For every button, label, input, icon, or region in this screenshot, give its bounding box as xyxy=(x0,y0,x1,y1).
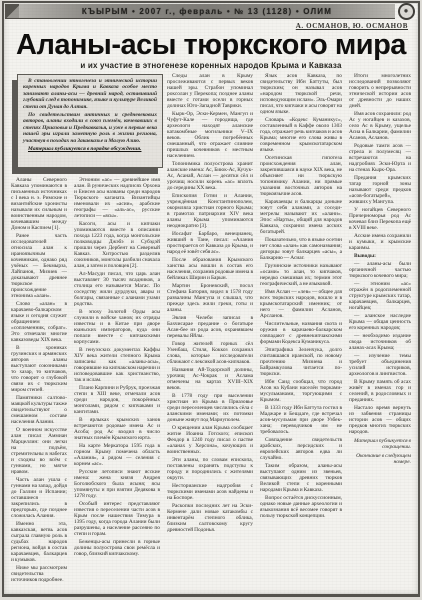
paragraph: В генуэзских документах Каффы XIV века ж… xyxy=(74,347,160,383)
paragraph: Эти аланы, по словам епископа, поставлен… xyxy=(167,457,253,481)
paragraph: Несторианские надгробия с тюркскими имен… xyxy=(167,483,253,501)
paragraph: Грузинские источники называют «осами» то… xyxy=(260,263,342,287)
paragraph: Эвлия Челеби записал в Бахчисарае предан… xyxy=(167,315,253,339)
article-subtitle: и их участие в этногенезе коренных народ… xyxy=(4,61,418,70)
paragraph: Показательно, что в языке осетин нет сло… xyxy=(260,237,342,261)
body-columns: В становлении этногенеза и этнической ис… xyxy=(11,73,411,585)
masthead: КЪЫРЫМ • 2007 г., февраль • № 13 (1128) … xyxy=(5,4,417,19)
paragraph: Предания крымских татар горной зоны назы… xyxy=(349,175,411,205)
paragraph: Совпадение свидетельств арабских, персид… xyxy=(260,437,342,461)
paragraph: Названия Ай-Тодорской долины, урочищ Ас-… xyxy=(167,367,253,391)
conclusions-heading: Выводы: xyxy=(349,253,411,259)
column-3: Следы алан в Крыму прослеживаются с перв… xyxy=(167,73,253,585)
paragraph: Именно эта, кавказская, ветвь асов сыгра… xyxy=(11,521,67,563)
intro-box: В становлении этногенеза и этнической ис… xyxy=(17,74,163,168)
paragraph: В эпоху Золотой Орды асы служили в войск… xyxy=(74,309,160,345)
paragraph: Ал-Масуди писал, что царь алан выставляе… xyxy=(74,271,160,307)
paragraph: Ибн Саид сообщал, что город Асов на Куба… xyxy=(260,379,342,403)
paragraph: В ярлыках крымских ханов встречаются род… xyxy=(74,417,160,441)
paragraph: Кырк-Ор, Эски-Кермен, Мангуп и Чуфут-Кал… xyxy=(167,111,253,159)
paragraph: Таким образом, аланы-асы выступают одним… xyxy=(260,463,342,493)
paragraph: Имя Аслан — «лев» — общее для всех тюркс… xyxy=(260,289,342,319)
paragraph: Словарь «Кодекс Куманикус», составленный… xyxy=(260,117,342,153)
paragraph: Осетинская гипотеза происхождения алан, … xyxy=(260,155,342,197)
paragraph: Аланы Северного Кавказа упоминаются в пи… xyxy=(11,177,67,231)
paragraph: В хрониках грузинских и армянских авторо… xyxy=(11,345,67,393)
page-sheet: КЪЫРЫМ • 2007 г., февраль • № 13 (1128) … xyxy=(2,1,420,597)
paragraph: Имя асов сохранили: род Ас у ногайцев и … xyxy=(349,111,411,141)
corner-emblem-icon: ✹ xyxy=(398,3,415,20)
paragraph: Настало время вернуть из забвения страни… xyxy=(349,405,411,435)
paragraph: Ниже мы рассмотрим свидетельства источни… xyxy=(11,565,67,583)
masthead-title: КЪЫРЫМ • 2007 г., февраль • № 13 (1128) … xyxy=(82,7,332,16)
paragraph: Русские летописи знают ясские имена: жен… xyxy=(74,469,160,499)
column-4: Язык асов Кавказа, по свидетельству Ибн … xyxy=(260,73,342,585)
paragraph: Материал публикуется в сокращении. xyxy=(349,438,411,450)
paragraph: Асские имена сохранили и кумыки, и крымс… xyxy=(349,233,411,251)
paragraph: Особый интерес представляют известия о п… xyxy=(74,501,160,537)
paragraph: Мартин Броневский, посол Стефана Батория… xyxy=(167,283,253,313)
paragraph: — этноним «ас» отражён в родоплеменной с… xyxy=(349,281,411,311)
paragraph: Беженцы-асы принесли в горные долины пол… xyxy=(74,539,160,557)
paragraph: Итоги многолетних исследований позволяют… xyxy=(349,73,411,109)
paragraph: Топонимика полуострова хранит аланские и… xyxy=(167,161,253,191)
paragraph: В 1778 году при выселении христиан из Кр… xyxy=(167,393,253,423)
paragraph: Следы алан в Крыму прослеживаются с перв… xyxy=(167,73,253,109)
column-5: Итоги многолетних исследований позволяют… xyxy=(349,73,411,585)
paragraph: Ранее часть исследователей относила алан… xyxy=(11,233,67,299)
paragraph: О военном искусстве алан писал Аммиан Ма… xyxy=(11,427,67,475)
paragraph: Родовые тамги асов — стрела и полумесяц … xyxy=(349,143,411,173)
footer-note: Материал публикуется в сокращении.Оконча… xyxy=(349,438,411,465)
paragraph: — аланское наследие Крыма — общая ценнос… xyxy=(349,313,411,331)
paragraph: Раскопки последних лет на Эски-Кермене д… xyxy=(167,503,253,533)
paragraph: Карачаевцы и балкарцы доныне зовут себя … xyxy=(260,199,342,235)
column-5-top: Итоги многолетних исследований позволяют… xyxy=(349,73,411,251)
paragraph: Плано Карпини и Рубрук, проезжая степи в… xyxy=(74,385,160,415)
paragraph: В 1333 году Ибн Баттута гостил в Маджаре… xyxy=(260,405,342,435)
paragraph: Язык асов Кавказа, по свидетельству Ибн … xyxy=(260,73,342,115)
paragraph: Епископия Готии и Алании, учреждённая Ко… xyxy=(167,193,253,229)
emblem-cell: ✹ xyxy=(395,4,417,19)
corner-mark xyxy=(5,4,19,19)
paragraph: Часть алан ушла с гуннами на запад, дойд… xyxy=(11,477,67,519)
paragraph: У ногайцев Северного Причерноморья род А… xyxy=(349,207,411,231)
paragraph: После образования Крымского ханства асы … xyxy=(167,257,253,281)
paragraph: Окончание в следующем номере. xyxy=(349,453,411,465)
paragraph: Говор жителей горных сёл Узенбаш, Стиля,… xyxy=(167,341,253,365)
conclusions-list: — аланы-асы были органичной частью тюркс… xyxy=(349,261,411,377)
paragraph: Касоги, асы и кипчаки упоминаются вместе… xyxy=(74,221,160,269)
paragraph: — аланы-асы были органичной частью тюркс… xyxy=(349,261,411,279)
paragraph: По свидетельствам античных и средневеков… xyxy=(23,112,157,144)
paragraph: Иосафат Барбаро, венецианец, живший в Та… xyxy=(167,231,253,255)
paragraph: О крещении алан Крыма сообщает житие Иоа… xyxy=(167,425,253,455)
intro-emphasis: Материал публикуется в порядке обсуждени… xyxy=(23,146,157,152)
paragraph: Памятники салтово-маяцкой культуры также… xyxy=(11,395,67,425)
paragraph: В становлении этногенеза и этнической ис… xyxy=(23,78,157,110)
paragraph: На карте Меркатора 1595 года в горном Кр… xyxy=(74,443,160,467)
paragraph: Числительные, названия скота и оружия в … xyxy=(260,321,342,345)
intro-paragraphs: В становлении этногенеза и этнической ис… xyxy=(23,78,157,144)
paragraph: Этноним «ас» — древнейшее имя алан. В ру… xyxy=(74,177,160,219)
column-5-bottom: В Крыму память об асах живёт в именах го… xyxy=(349,379,411,435)
paragraph: В Крыму память об асах живёт в именах го… xyxy=(349,379,411,403)
paragraph: Эпиграфика Зеленчука, долго считавшаяся … xyxy=(260,347,342,377)
paragraph: — изучение темы требует объединения усил… xyxy=(349,353,411,377)
paragraph: — необходимо издание свода источников об… xyxy=(349,333,411,351)
paragraph: Слово «алан» в карачаево-балкарском язык… xyxy=(11,301,67,343)
article-title: Аланы-асы тюркского мира xyxy=(4,30,418,60)
masthead-bar: КЪЫРЫМ • 2007 г., февраль • № 13 (1128) … xyxy=(19,4,395,19)
paragraph: Вопрос остаётся дискуссионным, однако но… xyxy=(260,495,342,519)
newspaper-page: КЪЫРЫМ • 2007 г., февраль • № 13 (1128) … xyxy=(0,0,422,600)
